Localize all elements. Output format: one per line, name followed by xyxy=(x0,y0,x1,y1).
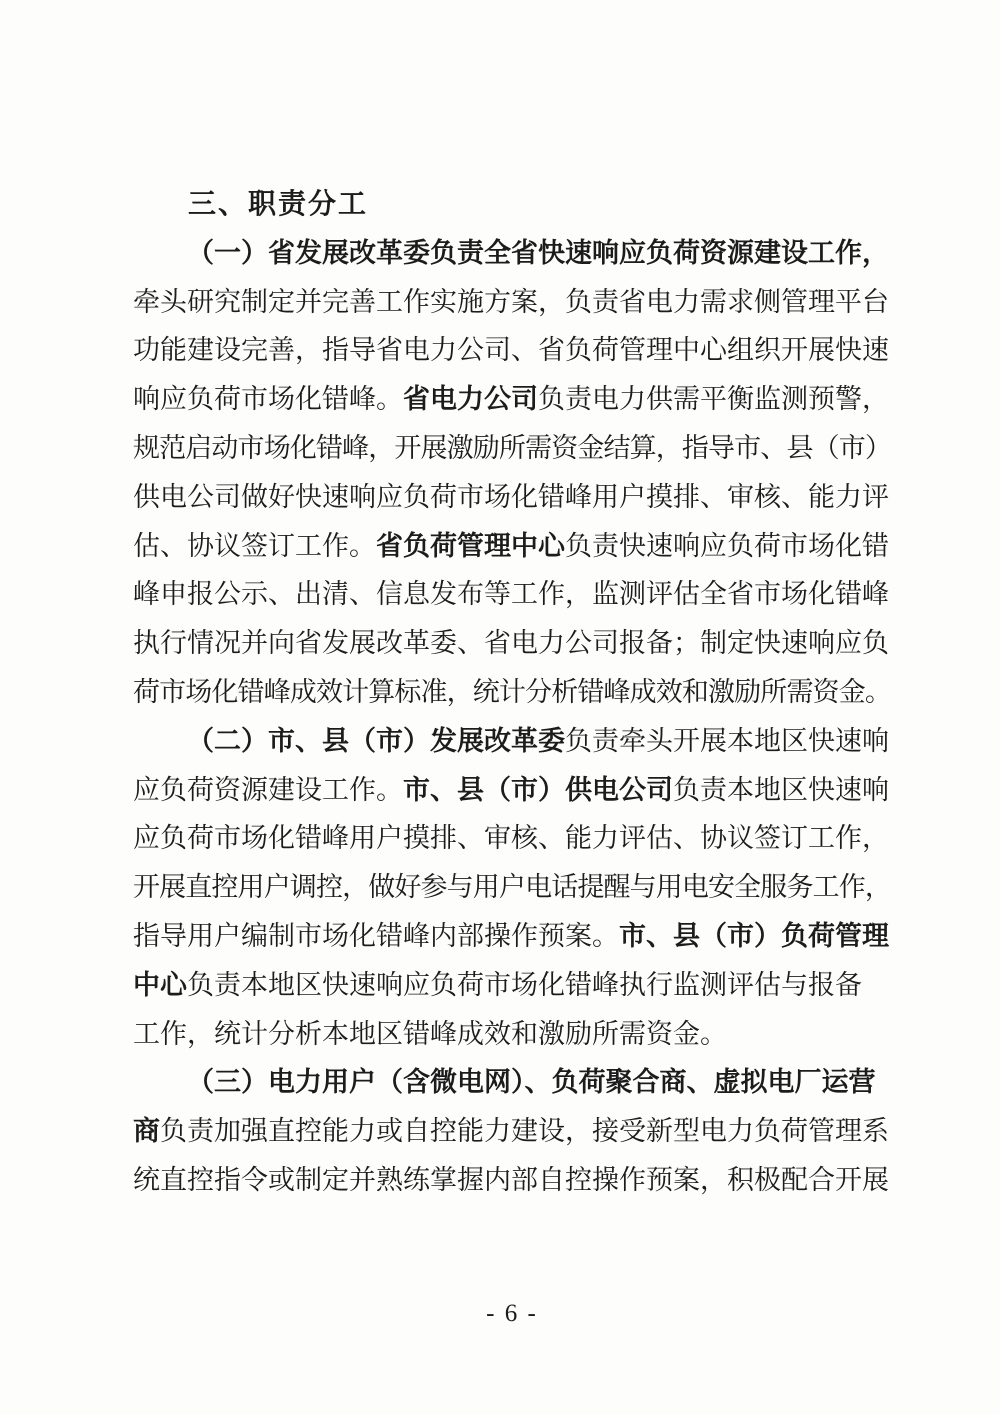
text-line: 荷市场化错峰成效计算标准，统计分析错峰成效和激励所需资金。 xyxy=(133,668,891,717)
text-line: 中心负责本地区快速响应负荷市场化错峰执行监测评估与报备 xyxy=(133,961,891,1010)
text-line: 估、协议签订工作。省负荷管理中心负责快速响应负荷市场化错 xyxy=(133,522,891,571)
emphasis-run: （三）电力用户（含微电网）、负荷聚合商、虚拟电厂运营 xyxy=(187,1067,876,1097)
text-line: 统直控指令或制定并熟练掌握内部自控操作预案，积极配合开展 xyxy=(133,1156,891,1205)
text-line: 响应负荷市场化错峰。省电力公司负责电力供需平衡监测预警， xyxy=(133,375,891,424)
page-number: - 6 - xyxy=(486,1300,538,1327)
text-line: （二）市、县（市）发展改革委负责牵头开展本地区快速响 xyxy=(133,717,891,766)
text-run: 负责加强直控能力或自控能力建设，接受新型电力负荷管理系 xyxy=(160,1116,889,1146)
section-heading: 三、职责分工 xyxy=(133,180,891,229)
page-footer: - 6 - xyxy=(133,1300,891,1328)
text-line: 开展直控用户调控，做好参与用户电话提醒与用电安全服务工作， xyxy=(133,863,891,912)
text-line: 牵头研究制定并完善工作实施方案，负责省电力需求侧管理平台 xyxy=(133,278,891,327)
emphasis-run: 省负荷管理中心 xyxy=(376,531,565,561)
emphasis-run: 市、县（市）供电公司 xyxy=(403,775,673,805)
text-run: 规范启动市场化错峰，开展激励所需资金结算，指导市、县（市） xyxy=(133,433,891,463)
text-line: 功能建设完善，指导省电力公司、省负荷管理中心组织开展快速 xyxy=(133,326,891,375)
emphasis-run: 中心 xyxy=(133,970,187,1000)
text-run: 负责快速响应负荷市场化错 xyxy=(565,531,889,561)
text-line: 应负荷资源建设工作。市、县（市）供电公司负责本地区快速响 xyxy=(133,766,891,815)
text-line: 供电公司做好快速响应负荷市场化错峰用户摸排、审核、能力评 xyxy=(133,473,891,522)
text-run: 牵头研究制定并完善工作实施方案，负责省电力需求侧管理平台 xyxy=(133,287,889,317)
text-run: 开展直控用户调控，做好参与用户电话提醒与用电安全服务工作， xyxy=(133,872,891,902)
text-run: 峰申报公示、出清、信息发布等工作，监测评估全省市场化错峰 xyxy=(133,579,889,609)
text-run: 应负荷市场化错峰用户摸排、审核、能力评估、协议签订工作， xyxy=(133,823,889,853)
text-run: 统直控指令或制定并熟练掌握内部自控操作预案，积极配合开展 xyxy=(133,1165,889,1195)
document-body: （一）省发展改革委负责全省快速响应负荷资源建设工作，牵头研究制定并完善工作实施方… xyxy=(133,229,891,1205)
text-line: 规范启动市场化错峰，开展激励所需资金结算，指导市、县（市） xyxy=(133,424,891,473)
text-line: 执行情况并向省发展改革委、省电力公司报备；制定快速响应负 xyxy=(133,619,891,668)
document-page: 三、职责分工 （一）省发展改革委负责全省快速响应负荷资源建设工作，牵头研究制定并… xyxy=(0,0,1000,1414)
emphasis-run: 市、县（市）负荷管理 xyxy=(619,921,889,951)
text-line: （三）电力用户（含微电网）、负荷聚合商、虚拟电厂运营 xyxy=(133,1058,891,1107)
emphasis-run: 省电力公司 xyxy=(403,384,538,414)
text-run: 负责电力供需平衡监测预警， xyxy=(538,384,889,414)
text-run: 执行情况并向省发展改革委、省电力公司报备；制定快速响应负 xyxy=(133,628,889,658)
text-block: 三、职责分工 （一）省发展改革委负责全省快速响应负荷资源建设工作，牵头研究制定并… xyxy=(133,180,891,1205)
emphasis-run: （二）市、县（市）发展改革委 xyxy=(187,726,565,756)
text-run: 负责本地区快速响应负荷市场化错峰执行监测评估与报备 xyxy=(187,970,862,1000)
text-line: 峰申报公示、出清、信息发布等工作，监测评估全省市场化错峰 xyxy=(133,570,891,619)
text-run: 工作，统计分析本地区错峰成效和激励所需资金。 xyxy=(133,1019,727,1049)
text-line: 指导用户编制市场化错峰内部操作预案。市、县（市）负荷管理 xyxy=(133,912,891,961)
text-run: 供电公司做好快速响应负荷市场化错峰用户摸排、审核、能力评 xyxy=(133,482,889,512)
text-line: 工作，统计分析本地区错峰成效和激励所需资金。 xyxy=(133,1010,891,1059)
text-run: 荷市场化错峰成效计算标准，统计分析错峰成效和激励所需资金。 xyxy=(133,677,891,707)
emphasis-run: （一）省发展改革委负责全省快速响应负荷资源建设工作， xyxy=(187,238,889,268)
text-run: 负责本地区快速响 xyxy=(673,775,889,805)
text-run: 响应负荷市场化错峰。 xyxy=(133,384,403,414)
text-run: 功能建设完善，指导省电力公司、省负荷管理中心组织开展快速 xyxy=(133,335,889,365)
text-line: 商负责加强直控能力或自控能力建设，接受新型电力负荷管理系 xyxy=(133,1107,891,1156)
text-run: 负责牵头开展本地区快速响 xyxy=(565,726,889,756)
text-line: 应负荷市场化错峰用户摸排、审核、能力评估、协议签订工作， xyxy=(133,814,891,863)
emphasis-run: 商 xyxy=(133,1116,160,1146)
text-run: 估、协议签订工作。 xyxy=(133,531,376,561)
text-line: （一）省发展改革委负责全省快速响应负荷资源建设工作， xyxy=(133,229,891,278)
text-run: 指导用户编制市场化错峰内部操作预案。 xyxy=(133,921,619,951)
text-run: 应负荷资源建设工作。 xyxy=(133,775,403,805)
